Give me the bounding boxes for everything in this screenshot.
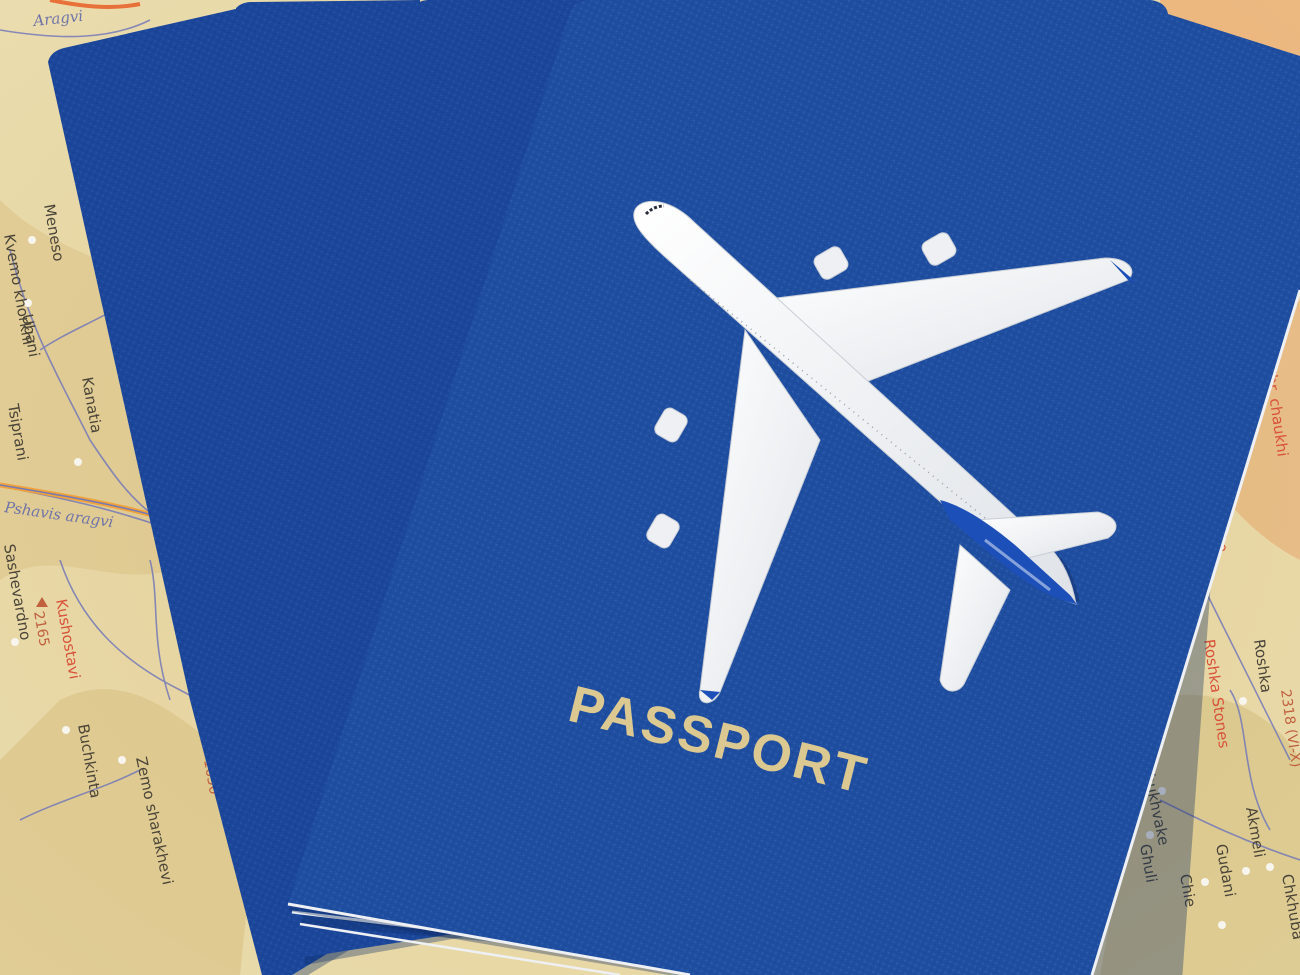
- photo-scene: Aragvi Meneso Ubani Kvemo khorkhi Zemo k…: [0, 0, 1300, 975]
- scene-canvas: Aragvi Meneso Ubani Kvemo khorkhi Zemo k…: [0, 0, 1300, 975]
- passport-stack: PASSPORT: [48, 0, 1300, 975]
